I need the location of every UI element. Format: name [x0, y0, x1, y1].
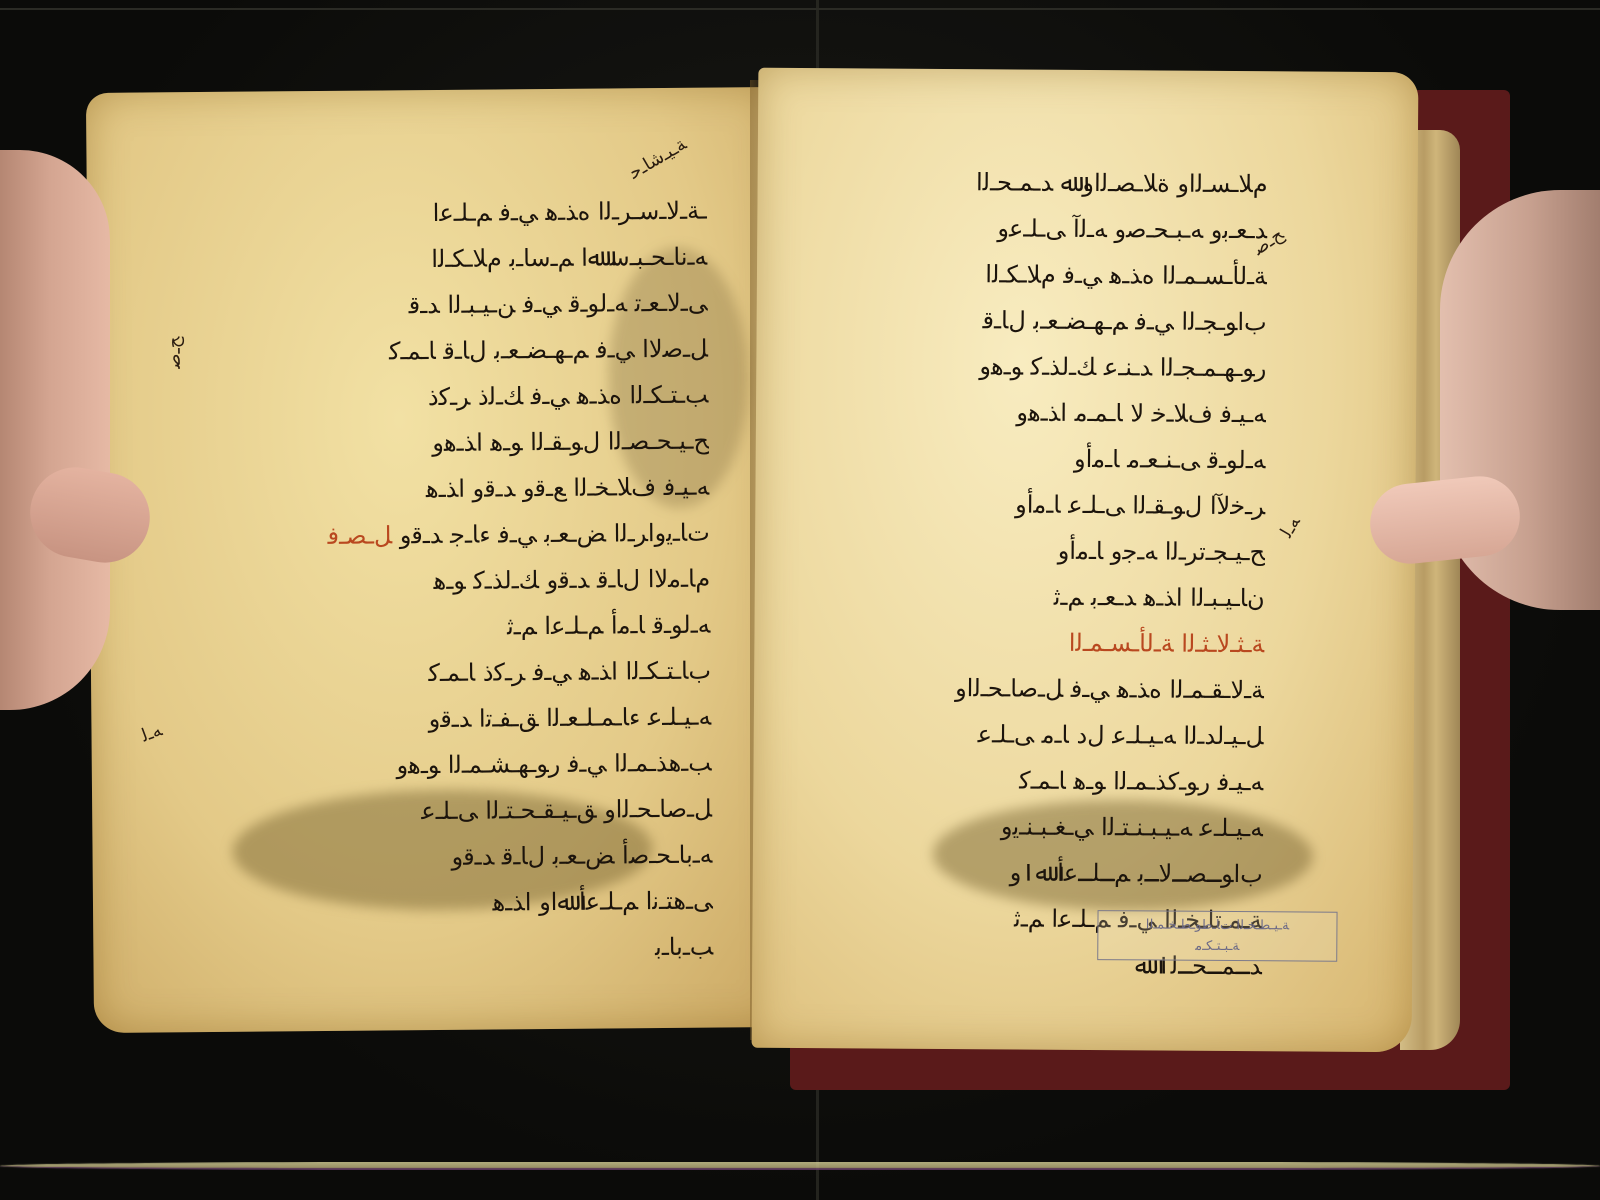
margin-note: ﺔـﻴـﺷﺎـﺣ: [626, 134, 691, 184]
right-page-text: ﻡﻼـﺴـﻟاﻭ ﺓﻼـﺼـﻟاﻭ ﷲ ﺪـﻤـﺤـﻟا ﺪـﻌـﺑﻭ ﻪـﺒـ…: [792, 158, 1268, 989]
table-edge-bottom: [0, 1162, 1600, 1170]
text-line: ﻰـﻟﺎـﻌـﺗ ﻪـﻟﻮـﻗ ﻲـﻓ ﻦـﻴـﺒـﻟا ﺪـﻗ: [228, 280, 708, 330]
text-line: ﻥﺎـﻴـﺒـﻟا ﺍﺬـﻫ ﺪـﻌـﺑ ﻢـﺛ: [795, 572, 1265, 621]
text-line: ﻪـﻴـﻓ ﺭﻮـﻛﺬـﻤـﻟا ﻮـﻫ ﺎـﻤـﻛ: [793, 756, 1263, 805]
text-line: ﻰـﻫﺘـﻧا ﻢـﻠـﻋﺃ ﷲاﻭ ﺍﺬـﻫ: [233, 878, 713, 928]
text-line: ﺐـﻫﺬـﻤـﻟا ﻲـﻓ ﺭﻮـﻬـﺸـﻤـﻟا ﻮـﻫﻭ: [232, 740, 712, 790]
text-line: ﻪـﻴـﻠـﻋ ﻪـﻴـﺒـﻨـﺘـﻟا ﻲـﻐـﺒـﻨـﻳﻭ: [793, 802, 1263, 851]
text-segment: ﺕﺎـﻳﻭﺍﺮـﻟا ﺾـﻌـﺑ ﻲـﻓ ﺀﺎـﺟ ﺪـﻗﻭ: [400, 519, 710, 550]
text-line: ﻪـﻟﻮـﻗ ﺎـﻣﺃ ﻢـﻠـﻋا ﻢـﺛ: [230, 602, 710, 652]
text-line: ﺐـﺘـﻜـﻟا ﻩﺬـﻫ ﻲـﻓ ﻚـﻟﺫ ﺮـﻛﺫ: [228, 372, 708, 422]
text-line: ﻪـﻴـﻓ ﻑﻼـﺨـﻟا ﻊـﻗﻭ ﺪـﻗﻭ ﺍﺬـﻫ: [229, 464, 709, 514]
margin-note: ﻪـﻟ: [138, 720, 164, 747]
right-page: ﻡﻼـﺴـﻟاﻭ ﺓﻼـﺼـﻟاﻭ ﷲ ﺪـﻤـﺤـﻟا ﺪـﻌـﺑﻭ ﻪـﺒـ…: [752, 68, 1419, 1053]
text-line: ﺪـﻌـﺑﻭ ﻪـﺒـﺤـﺻﻭ ﻪـﻟﺁ ﻰـﻠـﻋﻭ: [797, 204, 1267, 253]
text-line: ﻡﻼـﺴـﻟاﻭ ﺓﻼـﺼـﻟاﻭ ﷲ ﺪـﻤـﺤـﻟا: [797, 158, 1267, 207]
text-line: ﻡﺎـﻣﻻا ﻝﺎـﻗ ﺪـﻗﻭ ﻚـﻟﺬـﻛ ﻮـﻫ: [230, 556, 710, 606]
text-line: ﺔـﻟﺎـﻘـﻤـﻟا ﻩﺬـﻫ ﻲـﻓ ﻞـﺻﺎـﺤـﻟاﻭ: [794, 664, 1264, 713]
text-line: ـﺔـﻟﺎـﺳـﺮـﻟا ﻩﺬـﻫ ﻲـﻓ ﻢـﻠـﻋا: [227, 188, 707, 238]
text-line: ﺏﺍﻮـﺼـﻟﺎـﺑ ﻢـﻠـﻋﺃ ﷲاﻭ: [793, 848, 1263, 897]
text-line: ﻞـﻴـﻟﺪـﻟا ﻪـﻴـﻠـﻋ ﻝﺩ ﺎـﻣ ﻰـﻠـﻋ: [794, 710, 1264, 759]
text-line-with-rubric: ﺕﺎـﻳﻭﺍﺮـﻟا ﺾـﻌـﺑ ﻲـﻓ ﺀﺎـﺟ ﺪـﻗﻭ ﻞـﺼـﻓ: [230, 510, 710, 560]
rubric-word: ﻞـﺼـﻓ: [327, 521, 392, 550]
left-page-text: ـﺔـﻟﺎـﺳـﺮـﻟا ﻩﺬـﻫ ﻲـﻓ ﻢـﻠـﻋا ﻪـﻧﺎـﺤـﺒـﺳ …: [227, 188, 714, 974]
text-line: ﻪـﻟﻮـﻗ ﻰـﻨـﻌـﻣ ﺎـﻣﺃﻭ: [796, 434, 1266, 483]
rubric-heading: ﺔـﺜـﻟﺎـﺜـﻟا ﺔـﻟﺄـﺴـﻤـﻟا: [794, 618, 1264, 667]
stamp-line: ﺔـﻴـﻄـﺨـﻟا ﺕﺎـﻃﻮـﻄـﺨـﻤـﻟا: [1102, 917, 1332, 934]
text-line: ﺭﻮـﻬـﻤـﺠـﻟا ﺪـﻨـﻋ ﻚـﻟﺬـﻛ ﻮـﻫﻭ: [796, 342, 1266, 391]
text-line: ﻞـﺻﻻا ﻲـﻓ ﻢـﻬـﻀـﻌـﺑ ﻝﺎـﻗ ﺎـﻤـﻛ: [228, 326, 708, 376]
text-line: ﻞـﺻﺎـﺤـﻟاﻭ ﻖـﻴـﻘـﺤـﺘـﻟا ﻰـﻠـﻋ: [232, 786, 712, 836]
text-line: ﻪـﻴـﻠـﻋ ﺀﺎـﻤـﻠـﻌـﻟا ﻖـﻔـﺗﺍ ﺪـﻗﻭ: [231, 694, 711, 744]
text-line: ﺢـﻴـﺤـﺼـﻟا ﻝﻮـﻘـﻟا ﻮـﻫ ﺍﺬـﻫﻭ: [229, 418, 709, 468]
text-line: ﺔـﻟﺄـﺴـﻤـﻟا ﻩﺬـﻫ ﻲـﻓ ﻡﻼـﻜـﻟا: [797, 250, 1267, 299]
text-line: ﺏﺎـﺘـﻜـﻟا ﺍﺬـﻫ ﻲـﻓ ﺮـﻛﺫ ﺎـﻤـﻛ: [231, 648, 711, 698]
stamp-line: ﺔـﺒـﺘـﻜـﻣ: [1102, 938, 1332, 955]
text-line: ﺮـﺧﻵا ﻝﻮـﻘـﻟا ﻰـﻠـﻋ ﺎـﻣﺃﻭ: [795, 480, 1265, 529]
text-line: ﻪـﻧﺎـﺤـﺒـﺳ ﷲا ﻢـﺳﺎـﺑ ﻡﻼـﻜـﻟا: [227, 234, 707, 284]
margin-note: ﺢـﺻ: [164, 337, 185, 369]
text-line: ﻪـﺑﺎـﺤـﺻﺃ ﺾـﻌـﺑ ﻝﺎـﻗ ﺪـﻗﻭ: [232, 832, 712, 882]
text-line: ﻪـﻴـﻓ ﻑﻼـﺧ ﻻ ﺎـﻤـﻣ ﺍﺬـﻫﻭ: [796, 388, 1266, 437]
table-edge-top: [0, 8, 1600, 10]
text-line: ﺢـﻴـﺠـﺗﺮـﻟا ﻪـﺟﻭ ﺎـﻣﺃﻭ: [795, 526, 1265, 575]
margin-note: ﻪـﻟ: [1276, 513, 1304, 541]
left-hand: [0, 150, 110, 710]
open-manuscript: ـﺔـﻟﺎـﺳـﺮـﻟا ﻩﺬـﻫ ﻲـﻓ ﻢـﻠـﻋا ﻪـﻧﺎـﺤـﺒـﺳ …: [90, 70, 1450, 1060]
left-page: ـﺔـﻟﺎـﺳـﺮـﻟا ﻩﺬـﻫ ﻲـﻓ ﻢـﻠـﻋا ﻪـﻧﺎـﺤـﺒـﺳ …: [86, 87, 784, 1033]
text-line: ﺏﺍﻮـﺠـﻟا ﻲـﻓ ﻢـﻬـﻀـﻌـﺑ ﻝﺎـﻗ: [797, 296, 1267, 345]
library-stamp: ﺔـﻴـﻄـﺨـﻟا ﺕﺎـﻃﻮـﻄـﺨـﻤـﻟا ﺔـﺒـﺘـﻜـﻣ: [1097, 910, 1337, 962]
text-line: ﺐـﺑﺎـﺑ: [633, 924, 713, 971]
